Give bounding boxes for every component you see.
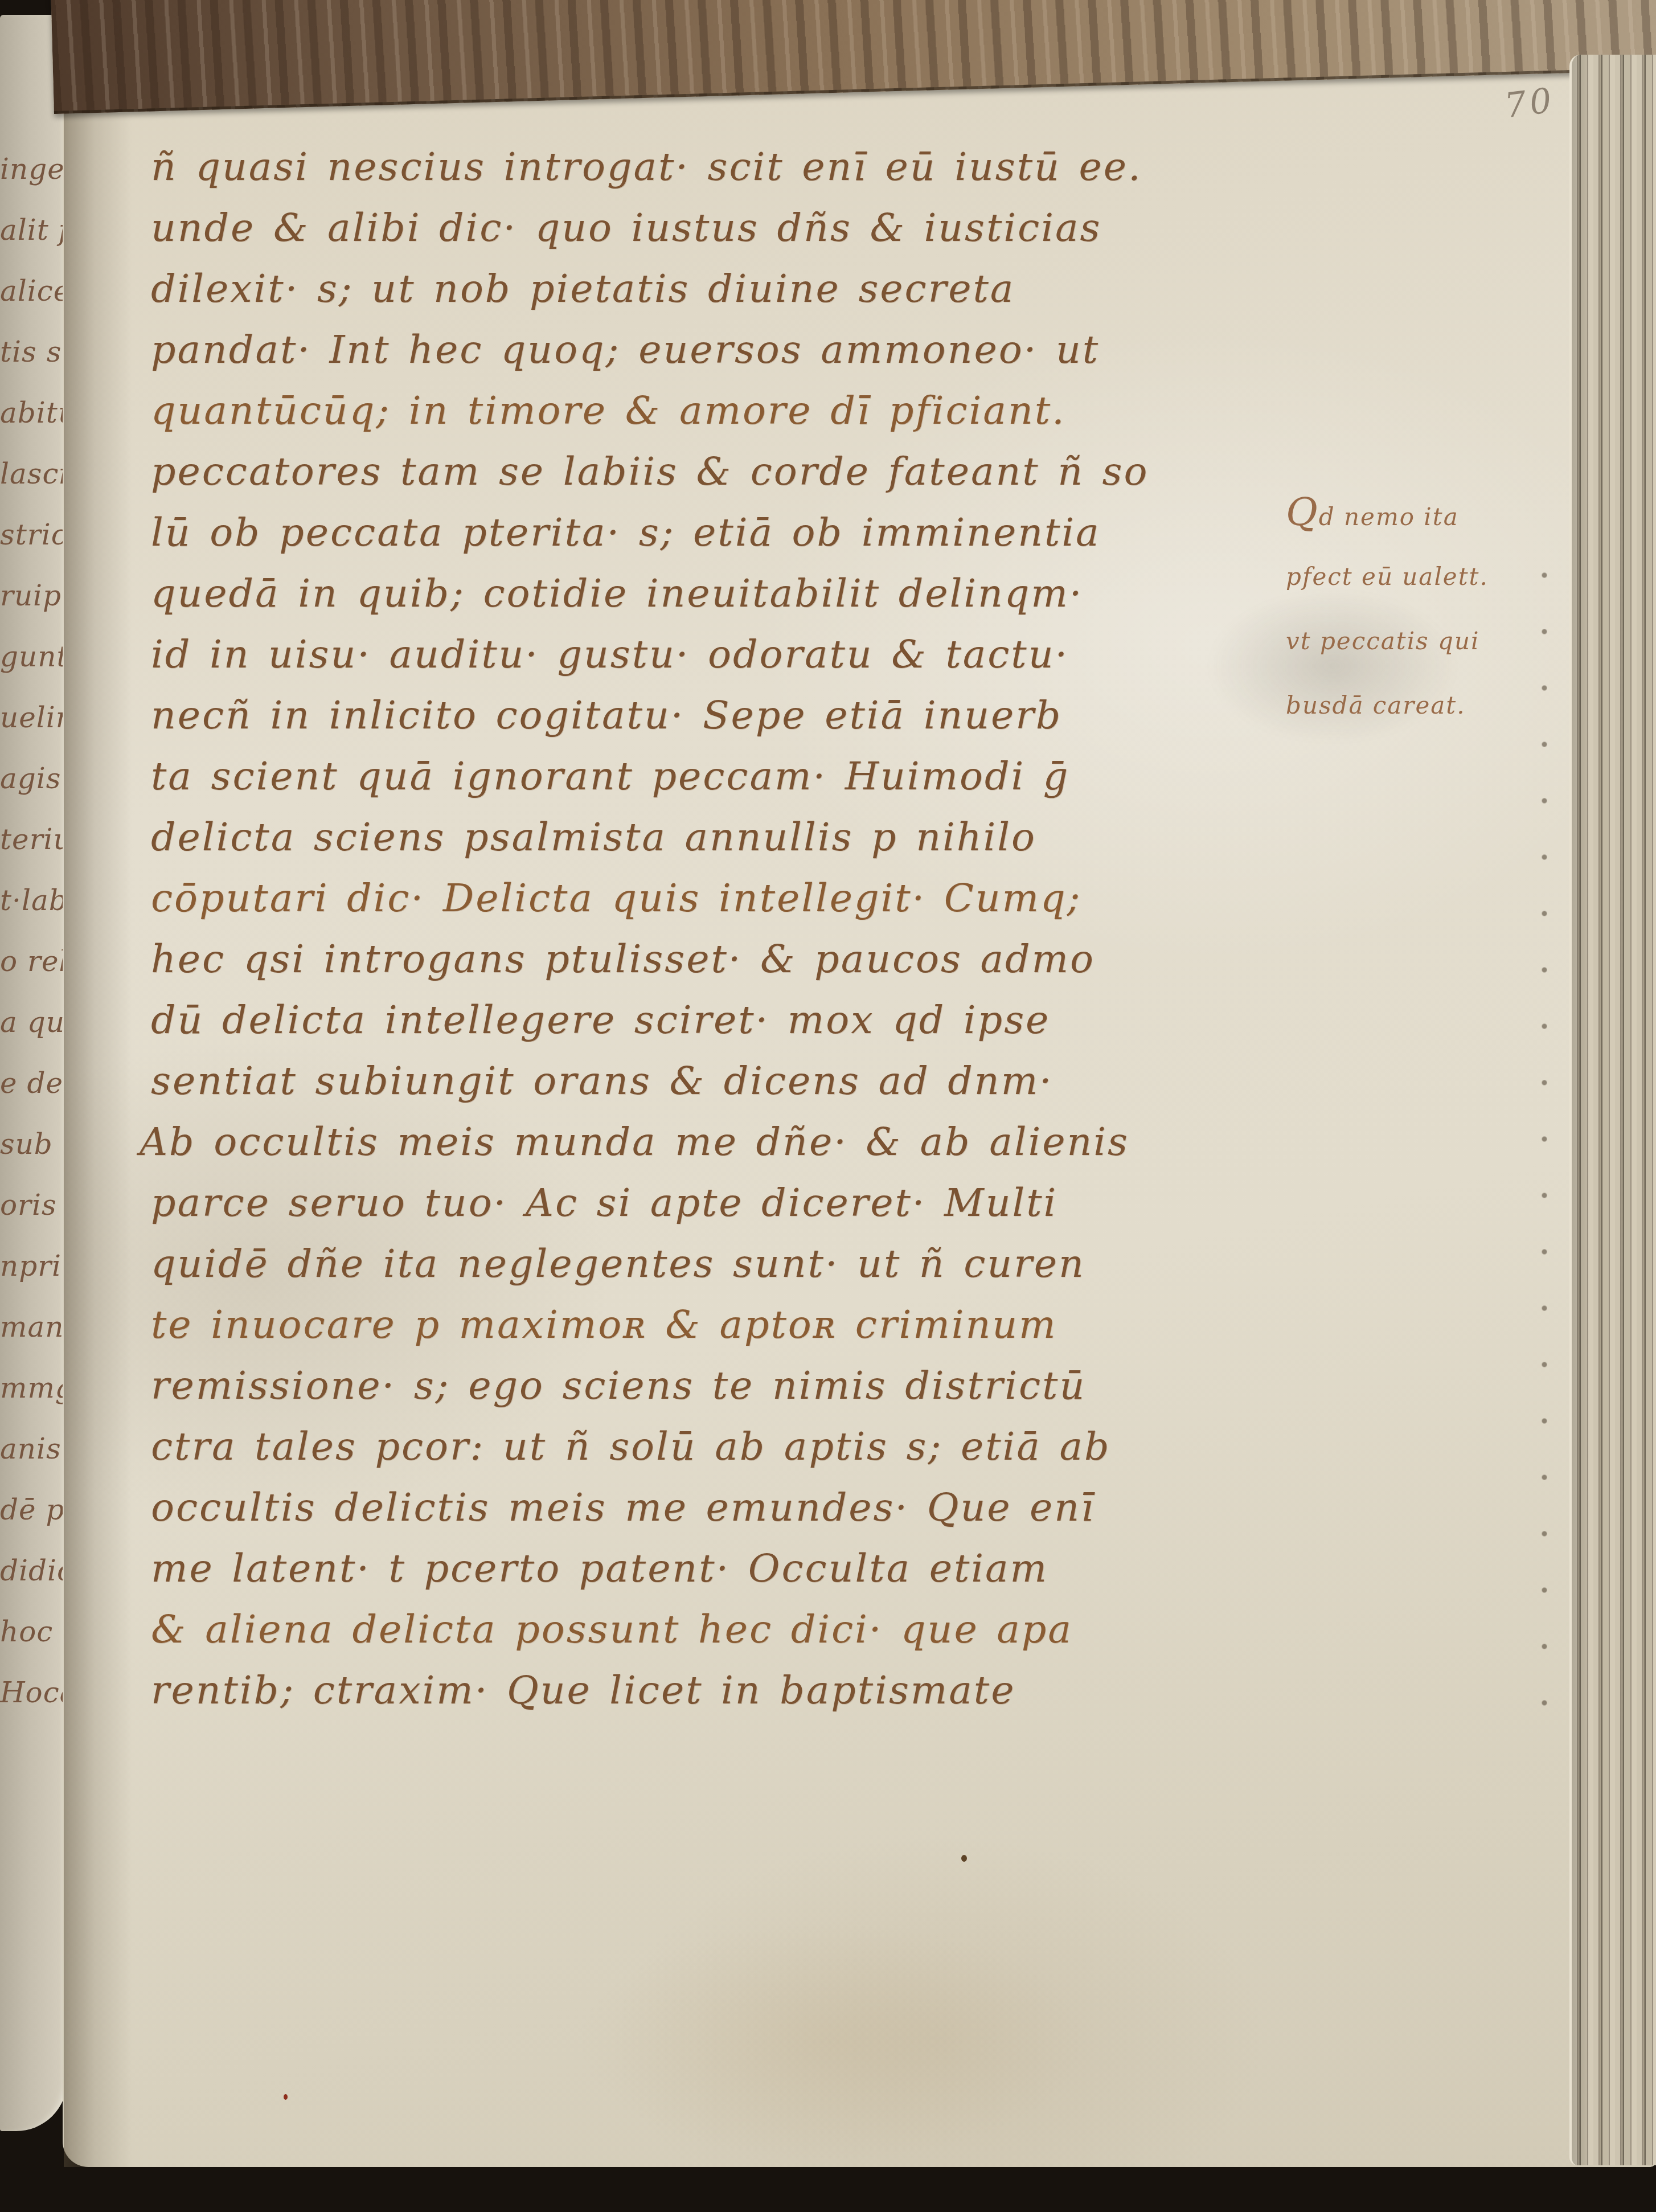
gutter-fragment: Hocaut — [0, 1662, 64, 1723]
text-line: Ab occultis meis munda me dñe· & ab alie… — [140, 1112, 1313, 1173]
margin-note-line: pfect eū ualett. — [1286, 544, 1605, 609]
text-line: parce seruo tuo· Ac si apte diceret· Mul… — [151, 1173, 1313, 1234]
gutter-fragment: alit fo — [0, 200, 64, 261]
parchment-stain — [575, 1922, 1088, 2161]
gutter-fragment: didicis — [0, 1541, 64, 1601]
margin-note-line: busdā careat. — [1286, 673, 1605, 738]
text-line: ta scient quā ignorant peccam· Huimodi ḡ — [151, 746, 1313, 807]
text-line: dū delicta intellegere sciret· mox qd ip… — [151, 990, 1313, 1051]
gutter-fragment: abitu — [0, 383, 64, 444]
text-line: peccatores tam se labiis & corde fateant… — [151, 441, 1313, 502]
gutter-fragment: hoc qd — [0, 1601, 64, 1662]
text-line: necñ in inlicito cogitatu· Sepe etiā inu… — [151, 685, 1313, 746]
margin-note-block: Qd nemo ita pfect eū ualett. vt peccatis… — [1286, 480, 1605, 738]
text-line: unde & alibi dic· quo iustus dñs & iusti… — [151, 198, 1313, 259]
text-line: lū ob peccata pterita· s; etiā ob immine… — [151, 502, 1313, 563]
gutter-fragment: gunt· — [0, 626, 64, 687]
text-line: remissione· s; ego sciens te nimis distr… — [151, 1355, 1313, 1416]
pricking-dots — [1541, 570, 1548, 1743]
gutter-fragment: a queq; — [0, 992, 64, 1053]
red-speck — [284, 2094, 288, 2100]
manuscript-page: 70 ñ quasi nescius introgat· scit enī eū… — [63, 54, 1656, 2167]
gutter-fragment: mmgrat — [0, 1358, 64, 1419]
gutter-fragment: ruipen — [0, 566, 64, 626]
gutter-fragment: oris fu — [0, 1175, 64, 1236]
text-line: sentiat subiungit orans & dicens ad dnm· — [151, 1051, 1313, 1112]
text-line: ctra tales pcor: ut ñ solū ab aptis s; e… — [151, 1416, 1313, 1477]
gutter-fragment: manifes — [0, 1297, 64, 1358]
gutter-fragment: o religi — [0, 931, 64, 992]
gutter-fragment: t·labo — [0, 870, 64, 931]
text-line: ñ quasi nescius introgat· scit enī eū iu… — [151, 137, 1313, 198]
gutter-fragment-column: ingere alit fo alicet tis sept abitu las… — [0, 139, 64, 1723]
text-line: & aliena delicta possunt hec dici· que a… — [151, 1599, 1313, 1660]
text-line: te inuocare p maximoʀ & aptoʀ criminum — [151, 1295, 1313, 1355]
gutter-fragment: alicet — [0, 261, 64, 322]
gutter-page: ingere alit fo alicet tis sept abitu las… — [0, 15, 67, 2131]
text-line: delicta sciens psalmista annullis p nihi… — [151, 807, 1313, 868]
text-line: pandat· Int hec quoq; euersos ammoneo· u… — [151, 319, 1313, 380]
margin-note-line: Qd nemo ita — [1286, 480, 1605, 544]
text-line: me latent· t pcerto patent· Occulta etia… — [151, 1538, 1313, 1599]
text-line: quidē dñe ita neglegentes sunt· ut ñ cur… — [151, 1234, 1313, 1295]
fore-edge-page-stack — [1569, 55, 1656, 2165]
margin-note-line: vt peccatis qui — [1286, 609, 1605, 673]
text-line: cōputari dic· Delicta quis intellegit· C… — [151, 868, 1313, 929]
manuscript-photo: ingere alit fo alicet tis sept abitu las… — [0, 0, 1656, 2212]
gutter-fragment: nprimis — [0, 1236, 64, 1297]
gutter-fragment: agistri — [0, 748, 64, 809]
gutter-fragment: e deser — [0, 1053, 64, 1114]
gutter-fragment: lasciuia — [0, 444, 64, 505]
text-line: hec qsi introgans ptulisset· & paucos ad… — [151, 929, 1313, 990]
text-line: dilexit· s; ut nob pietatis diuine secre… — [151, 259, 1313, 319]
gutter-fragment: tis sept — [0, 322, 64, 383]
text-line: quedā in quib; cotidie ineuitabilit deli… — [151, 563, 1313, 624]
gutter-fragment: anis tue — [0, 1419, 64, 1480]
gutter-fragment: dē psal — [0, 1480, 64, 1541]
text-line: quantūcūq; in timore & amore dī pficiant… — [151, 380, 1313, 441]
text-line: id in uisu· auditu· gustu· odoratu & tac… — [151, 624, 1313, 685]
text-line: occultis delictis meis me emundes· Que e… — [151, 1477, 1313, 1538]
gutter-fragment: strictio — [0, 505, 64, 566]
text-line: rentib; ctraxim· Que licet in baptismate — [151, 1660, 1313, 1721]
main-text-block: ñ quasi nescius introgat· scit enī eū iu… — [151, 137, 1313, 1721]
ink-speck — [961, 1855, 967, 1862]
gutter-fragment: terius — [0, 809, 64, 870]
gutter-fragment: sub disci — [0, 1114, 64, 1175]
gutter-fragment: uelim· — [0, 687, 64, 748]
gutter-fragment: ingere — [0, 139, 64, 200]
